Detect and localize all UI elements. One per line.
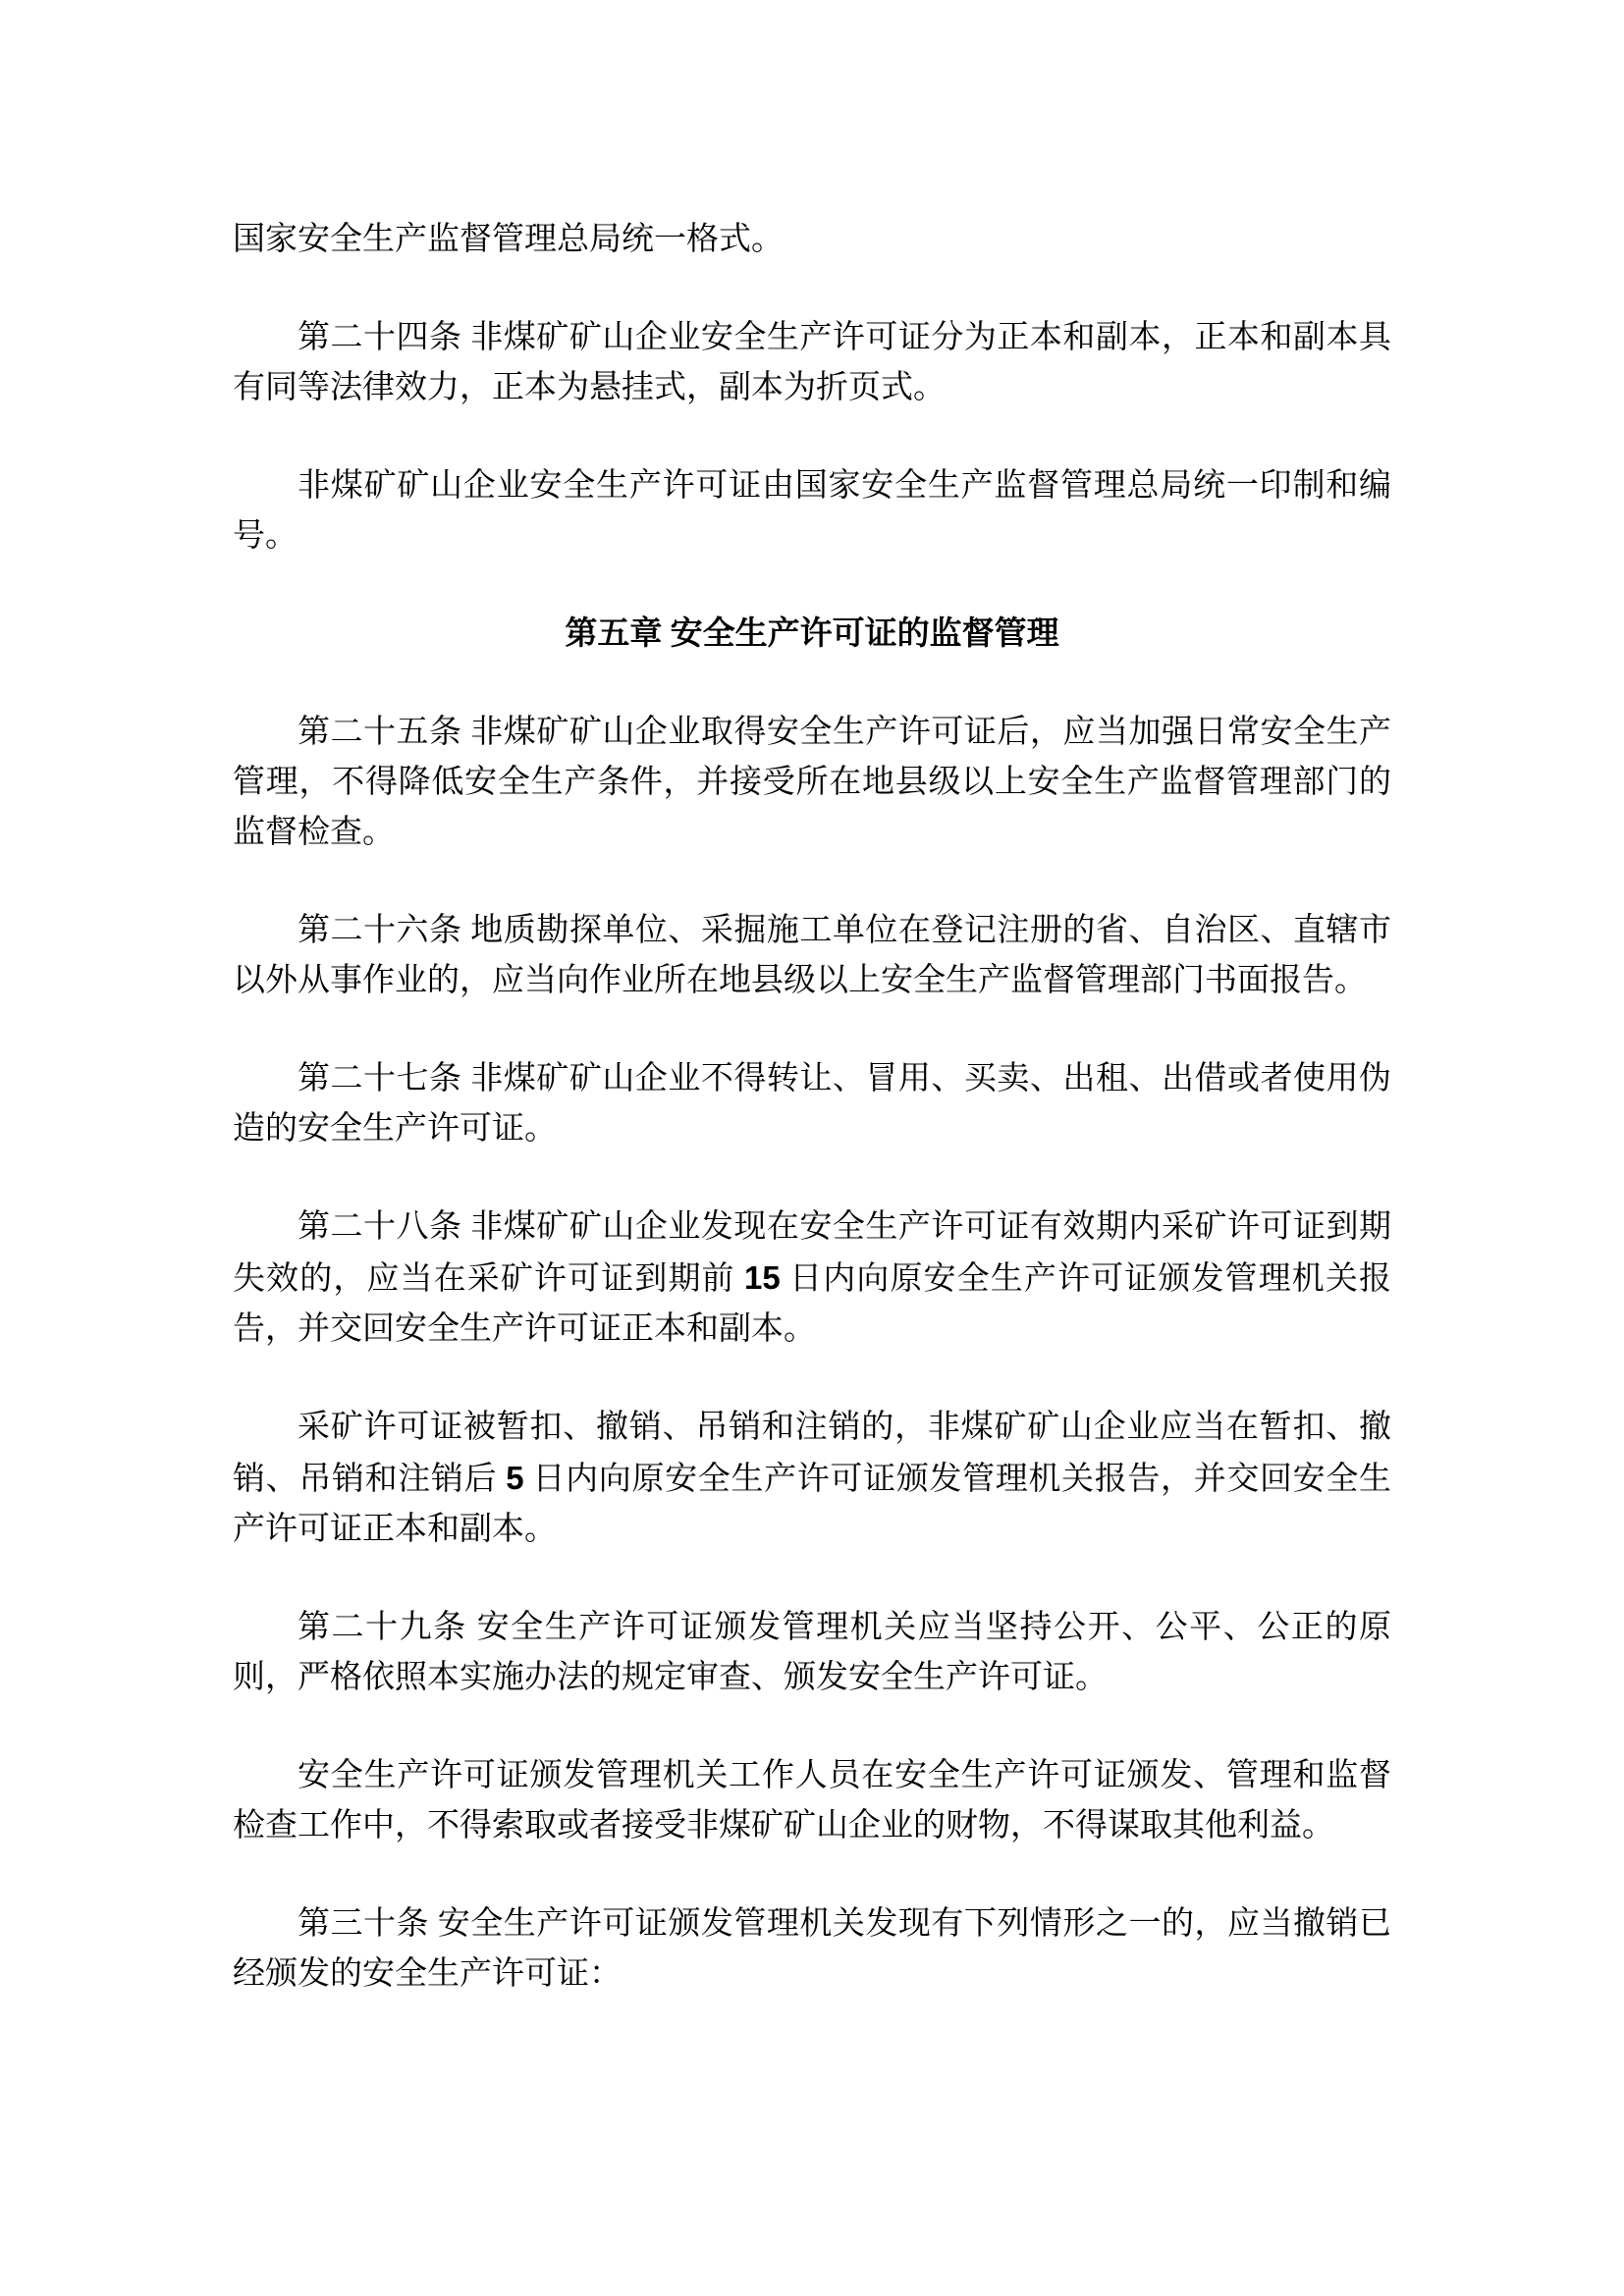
number-5-days: 5 — [506, 1460, 523, 1496]
paragraph-article-28-cont: 采矿许可证被暂扣、撤销、吊销和注销的，非煤矿矿山企业应当在暂扣、撤销、吊销和注销… — [233, 1403, 1391, 1555]
document-page: 国家安全生产监督管理总局统一格式。 第二十四条 非煤矿矿山企业安全生产许可证分为… — [0, 0, 1624, 2296]
paragraph-article-30: 第三十条 安全生产许可证颁发管理机关发现有下列情形之一的，应当撤销已经颁发的安全… — [233, 1899, 1391, 2000]
paragraph-continuation: 国家安全生产监督管理总局统一格式。 — [233, 215, 1391, 265]
paragraph-article-29: 第二十九条 安全生产许可证颁发管理机关应当坚持公开、公平、公正的原则，严格依照本… — [233, 1603, 1391, 1703]
paragraph-article-25: 第二十五条 非煤矿矿山企业取得安全生产许可证后，应当加强日常安全生产管理，不得降… — [233, 708, 1391, 858]
paragraph-article-28: 第二十八条 非煤矿矿山企业发现在安全生产许可证有效期内采矿许可证到期失效的，应当… — [233, 1202, 1391, 1355]
number-15-days: 15 — [744, 1259, 781, 1296]
paragraph-article-26: 第二十六条 地质勘探单位、采掘施工单位在登记注册的省、自治区、直辖市以外从事作业… — [233, 906, 1391, 1006]
paragraph-article-29-cont: 安全生产许可证颁发管理机关工作人员在安全生产许可证颁发、管理和监督检查工作中，不… — [233, 1751, 1391, 1851]
paragraph-article-27: 第二十七条 非煤矿矿山企业不得转让、冒用、买卖、出租、出借或者使用伪造的安全生产… — [233, 1054, 1391, 1154]
paragraph-article-24: 第二十四条 非煤矿矿山企业安全生产许可证分为正本和副本，正本和副本具有同等法律效… — [233, 313, 1391, 413]
paragraph-article-24-cont: 非煤矿矿山企业安全生产许可证由国家安全生产监督管理总局统一印制和编号。 — [233, 461, 1391, 561]
chapter-heading: 第五章 安全生产许可证的监督管理 — [233, 610, 1391, 660]
